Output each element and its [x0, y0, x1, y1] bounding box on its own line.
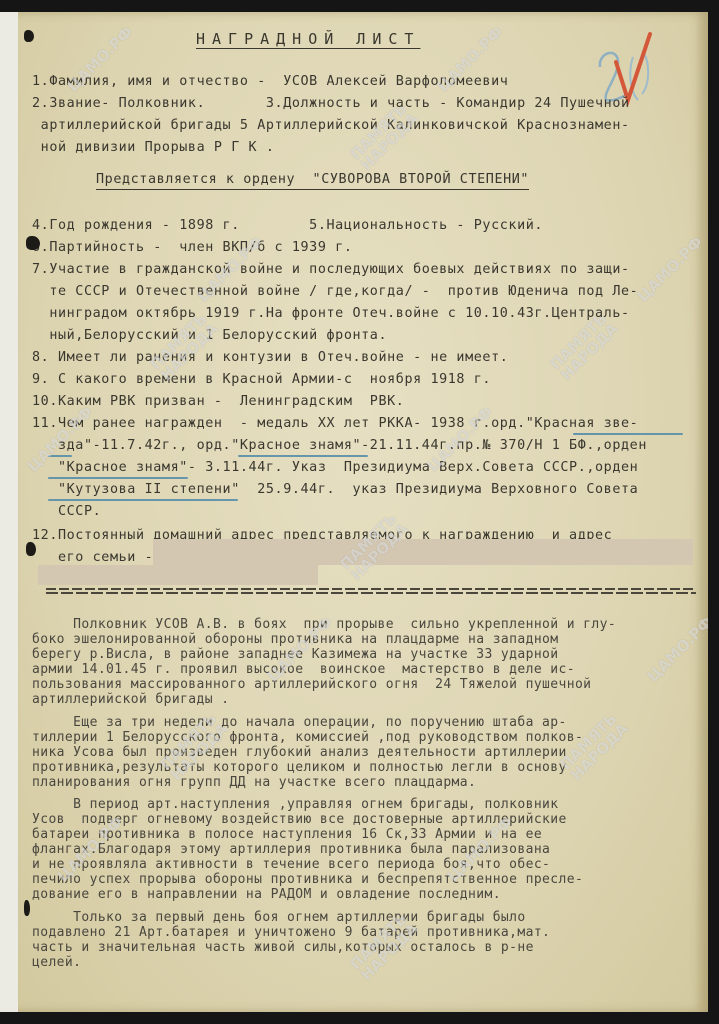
ink-blot-icon	[24, 30, 34, 42]
blue-underline	[48, 477, 188, 479]
narrative-line: дование его в направлении на РАДОМ и овл…	[32, 887, 501, 903]
watermark-tsamo: ЦАМО.РФ	[645, 614, 708, 685]
field-prior-awards-cont2: "Красное знамя"- 3.11.44г. Указ Президиу…	[32, 460, 638, 476]
narrative-line: Еще за три недели до начала операции, по…	[32, 715, 567, 731]
narrative-line: пользования массированного артиллерийско…	[32, 677, 591, 693]
narrative-line: артиллерийской бригады .	[32, 692, 229, 708]
watermark-tsamo: ЦАМО.РФ	[635, 234, 706, 305]
field-prior-awards-cont: зда"-11.7.42г., орд."Красное знамя"-21.1…	[32, 438, 647, 454]
separator-line	[46, 592, 696, 594]
field-prior-awards: 11.Чем ранее награжден - медаль XX лет Р…	[32, 416, 638, 432]
ink-blot-icon	[26, 236, 40, 250]
field-prior-awards-cont3: "Кутузова II степени" 25.9.44г. указ Пре…	[32, 482, 638, 498]
narrative-line: подавлено 21 Арт.батарея и уничтожено 9 …	[32, 925, 550, 941]
field-prior-awards-cont4: СССР.	[32, 504, 101, 520]
scan-left-margin	[0, 12, 18, 1012]
award-order-line: Представляется к ордену "СУВОРОВА ВТОРОЙ…	[96, 172, 529, 190]
narrative-line: целей.	[32, 955, 81, 971]
watermark-pamyat: ПАМЯТЬ НАРОДА	[558, 711, 631, 784]
ink-blot-icon	[26, 542, 36, 556]
narrative-line: ника Усова был произведен глубокий анали…	[32, 745, 567, 761]
narrative-line: тиллерии 1 Белорусского фронта, комиссие…	[32, 730, 583, 746]
field-party: 6.Партийность - член ВКП/б с 1939 г.	[32, 240, 353, 256]
narrative-line: часть и значительная часть живой силы,ко…	[32, 940, 534, 956]
field-wounds: 8. Имеет ли ранения и контузии в Отеч.во…	[32, 350, 508, 366]
redacted-block	[38, 565, 318, 585]
field-service-since: 9. С какого времени в Красной Армии-с но…	[32, 372, 491, 388]
blue-underline	[48, 499, 238, 501]
narrative-line: печило успех прорыва обороны противника …	[32, 872, 583, 888]
narrative-line: противника,результаты которого целиком и…	[32, 760, 567, 776]
field-rank-position: 2.Звание- Полковник. 3.Должность и часть…	[32, 96, 630, 112]
redacted-block	[153, 539, 693, 565]
field-birth-nationality: 4.Год рождения - 1898 г. 5.Национальност…	[32, 218, 543, 234]
ink-blot-icon	[24, 900, 30, 916]
narrative-line: армии 14.01.45 г. проявил высокое воинск…	[32, 662, 575, 678]
field-family-address: его семьи -	[32, 550, 153, 566]
document-title: НАГРАДНОЙ ЛИСТ	[196, 30, 420, 48]
narrative-line: Только за первый день боя огнем артиллер…	[32, 910, 526, 926]
field-participation: 7.Участие в гражданской войне и последую…	[32, 262, 630, 278]
narrative-line: В период арт.наступления ,управляя огнем…	[32, 797, 559, 813]
field-position-cont2: ной дивизии Прорыва Р Г К .	[32, 140, 275, 156]
blue-underline	[238, 455, 368, 457]
blue-underline	[573, 433, 683, 435]
field-participation-cont: те СССР и Отечественной войне / где,когд…	[32, 284, 638, 300]
document-page: НАГРАДНОЙ ЛИСТ 1.Фамилия, имя и отчество…	[18, 12, 708, 1012]
field-position-cont: артиллерийской бригады 5 Артиллерийской …	[32, 118, 630, 134]
separator-line	[46, 588, 696, 590]
narrative-line: планирования огня групп ДД на участке вс…	[32, 775, 476, 791]
field-participation-cont2: нинградом октябрь 1919 г.На фронте Отеч.…	[32, 306, 630, 322]
